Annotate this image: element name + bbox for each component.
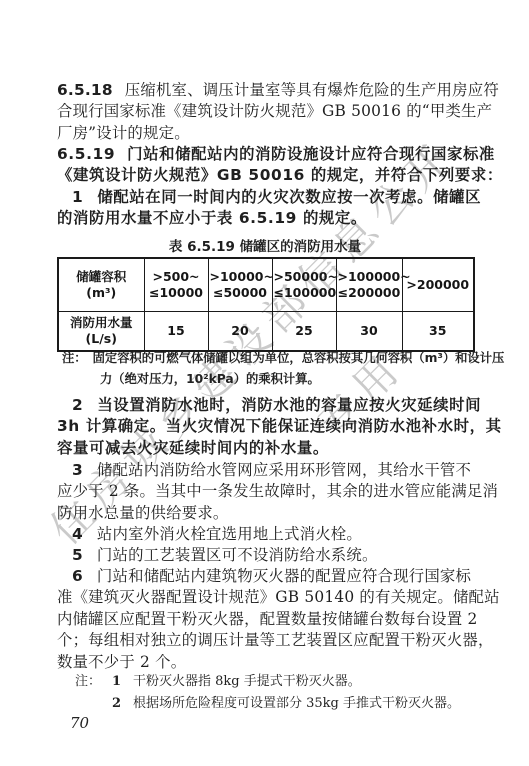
- table-header-cell: >10000~≤50000: [208, 258, 272, 312]
- subitem-line: 数量不少于 2 个。: [57, 652, 477, 673]
- footnote-number: 1: [112, 671, 133, 693]
- table-value-cell: 20: [208, 312, 272, 352]
- subitem-4: 4站内室外消火栓宜选用地上式消火栓。: [57, 524, 477, 545]
- subitem-number: 1: [72, 187, 83, 208]
- document-page: 住房城乡建设部信息公开 专用 6.5.18压缩机室、调压计量室等具有爆炸危险的生…: [0, 0, 529, 766]
- footnote-text: 干粉灭火器指 8kg 手提式干粉灭火器。: [133, 674, 361, 689]
- header-unit: (m³): [60, 285, 143, 301]
- subitem-line: 3h 计算确定。当火灾情况下能保证连续向消防水池补水时，其: [57, 416, 477, 437]
- table-header-row: 储罐容积(m³) >500~≤10000 >10000~≤50000 >5000…: [58, 258, 474, 312]
- clause-6-5-19: 6.5.19门站和储配站内的消防设施设计应符合现行国家标准 《建筑设计防火规范》…: [57, 144, 477, 187]
- subitem-number: 4: [72, 524, 83, 545]
- subitem-line: 2当设置消防水池时，消防水池的容量应按火灾延续时间: [57, 395, 477, 416]
- table-caption: 表 6.5.19 储罐区的消防用水量: [57, 235, 473, 255]
- range-upper: >200000: [404, 277, 473, 293]
- clause-line: 6.5.19门站和储配站内的消防设施设计应符合现行国家标准: [57, 144, 477, 165]
- subitem-line: 准《建筑灭火器配置设计规范》GB 50140 的有关规定。储配站: [57, 587, 477, 608]
- subitem-line: 4站内室外消火栓宜选用地上式消火栓。: [57, 524, 477, 545]
- table-note-line: 注：固定容积的可燃气体储罐以组为单位，总容积按其几何容积（m³）和设计压: [62, 348, 466, 369]
- subitem-2: 2当设置消防水池时，消防水池的容量应按火灾延续时间 3h 计算确定。当火灾情况下…: [57, 395, 477, 459]
- range-upper: >50000~: [274, 269, 335, 285]
- table-value-cell: 25: [272, 312, 336, 352]
- table-value-cell: 30: [336, 312, 402, 352]
- table-value-cell: 15: [144, 312, 208, 352]
- footnote-line: 注：1干粉灭火器指 8kg 手提式干粉灭火器。: [75, 671, 475, 693]
- range-lower: ≤100000: [274, 285, 335, 301]
- clause-text: 门站和储配站内的消防设施设计应符合现行国家标准: [127, 145, 495, 163]
- subitem-text: 门站和储配站内建筑物灭火器的配置应符合现行国家标: [97, 567, 471, 585]
- clause-line: 《建筑设计防火规范》GB 50016 的规定，并符合下列要求：: [57, 165, 477, 186]
- subitem-text: 储配站内消防给水管网应采用环形管网，其给水干管不: [97, 461, 471, 479]
- subitem-line: 5门站的工艺装置区可不设消防给水系统。: [57, 545, 477, 566]
- subitem-line: 3储配站内消防给水管网应采用环形管网，其给水干管不: [57, 460, 477, 481]
- subitem-line: 的消防用水量不应小于表 6.5.19 的规定。: [57, 208, 477, 229]
- table-note: 注：固定容积的可燃气体储罐以组为单位，总容积按其几何容积（m³）和设计压 力（绝…: [62, 348, 466, 390]
- table-header-cell: >100000~≤200000: [336, 258, 402, 312]
- clause-6-5-18: 6.5.18压缩机室、调压计量室等具有爆炸危险的生产用房应符 合现行国家标准《建…: [57, 80, 477, 144]
- subitem-line: 6门站和储配站内建筑物灭火器的配置应符合现行国家标: [57, 566, 477, 587]
- range-upper: >500~: [146, 269, 207, 285]
- note-label: 注：: [75, 671, 112, 693]
- table-header-cell: >500~≤10000: [144, 258, 208, 312]
- footnote-line: 2根据场所危险程度可设置部分 35kg 手推式干粉灭火器。: [75, 693, 475, 715]
- header-label: 储罐容积: [60, 269, 143, 285]
- subitem-1: 1储配站在同一时间内的火灾次数应按一次考虑。储罐区 的消防用水量不应小于表 6.…: [57, 187, 477, 230]
- range-lower: ≤50000: [210, 285, 271, 301]
- range-lower: ≤10000: [146, 285, 207, 301]
- range-upper: >100000~: [338, 269, 401, 285]
- subitem-number: 3: [72, 460, 83, 481]
- subitem-line: 个；每组相对独立的调压计量等工艺装置区应配置干粉灭火器，: [57, 630, 477, 651]
- range-lower: ≤200000: [338, 285, 401, 301]
- fire-water-volume-table: 储罐容积(m³) >500~≤10000 >10000~≤50000 >5000…: [57, 257, 475, 352]
- row-label: 消防用水量: [60, 315, 143, 331]
- note-text: 固定容积的可燃气体储罐以组为单位，总容积按其几何容积（m³）和设计压: [93, 351, 505, 365]
- table-note-line: 力（绝对压力，10²kPa）的乘积计算。: [62, 369, 466, 390]
- clause-number: 6.5.19: [57, 145, 115, 163]
- page-number: 70: [70, 714, 89, 732]
- footnotes: 注：1干粉灭火器指 8kg 手提式干粉灭火器。 2根据场所危险程度可设置部分 3…: [75, 671, 475, 715]
- subitem-number: 6: [72, 566, 83, 587]
- subitem-line: 内储罐区应配置干粉灭火器，配置数量按储罐台数每台设置 2: [57, 609, 477, 630]
- table-header-cell: >200000: [402, 258, 474, 312]
- footnote-number: 2: [112, 693, 133, 715]
- clause-line: 合现行国家标准《建筑设计防火规范》GB 50016 的“甲类生产: [57, 101, 477, 122]
- subitem-text: 站内室外消火栓宜选用地上式消火栓。: [97, 525, 362, 543]
- range-upper: >10000~: [210, 269, 271, 285]
- clause-text: 压缩机室、调压计量室等具有爆炸危险的生产用房应符: [125, 81, 499, 99]
- subitem-text: 储配站在同一时间内的火灾次数应按一次考虑。储罐区: [97, 188, 481, 206]
- note-label: 注：: [62, 351, 87, 365]
- subitem-5: 5门站的工艺装置区可不设消防给水系统。: [57, 545, 477, 566]
- subitem-6: 6门站和储配站内建筑物灭火器的配置应符合现行国家标 准《建筑灭火器配置设计规范》…: [57, 566, 477, 673]
- subitem-line: 容量可减去火灾延续时间内的补水量。: [57, 438, 477, 459]
- clause-line: 6.5.18压缩机室、调压计量室等具有爆炸危险的生产用房应符: [57, 80, 477, 101]
- subitem-line: 1储配站在同一时间内的火灾次数应按一次考虑。储罐区: [57, 187, 477, 208]
- table-header-cell: 储罐容积(m³): [58, 258, 144, 312]
- subitem-number: 5: [72, 545, 83, 566]
- table-row-label: 消防用水量(L/s): [58, 312, 144, 352]
- table-value-row: 消防用水量(L/s) 15 20 25 30 35: [58, 312, 474, 352]
- subitem-line: 防用水总量的供给要求。: [57, 503, 477, 524]
- footnote-text: 根据场所危险程度可设置部分 35kg 手推式干粉灭火器。: [133, 696, 460, 711]
- subitem-3: 3储配站内消防给水管网应采用环形管网，其给水干管不 应少于 2 条。当其中一条发…: [57, 460, 477, 524]
- subitem-text: 门站的工艺装置区可不设消防给水系统。: [97, 546, 378, 564]
- row-unit: (L/s): [60, 331, 143, 347]
- subitem-text: 当设置消防水池时，消防水池的容量应按火灾延续时间: [97, 396, 481, 414]
- subitem-line: 应少于 2 条。当其中一条发生故障时，其余的进水管应能满足消: [57, 481, 477, 502]
- table-header-cell: >50000~≤100000: [272, 258, 336, 312]
- clause-number: 6.5.18: [57, 81, 113, 99]
- subitem-number: 2: [72, 395, 83, 416]
- table-value-cell: 35: [402, 312, 474, 352]
- clause-line: 厂房”设计的规定。: [57, 123, 477, 144]
